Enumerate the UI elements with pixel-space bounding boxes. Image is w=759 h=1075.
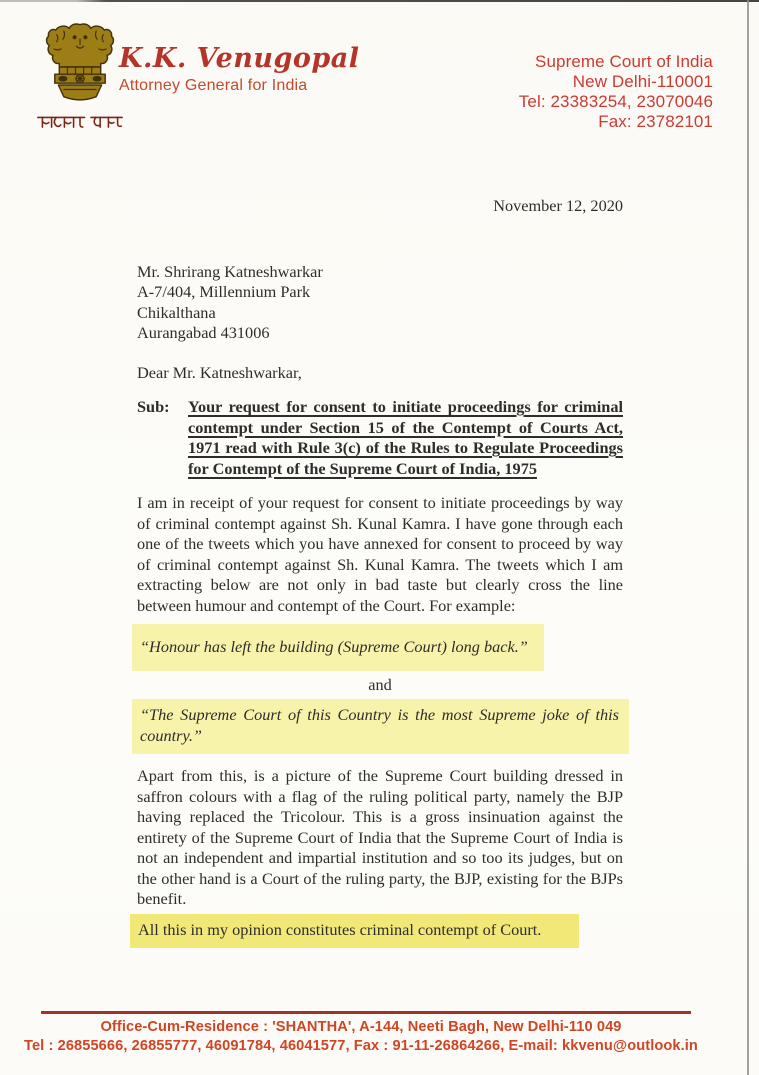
lion-capital-icon: [43, 22, 117, 112]
office-line: Fax: 23782101: [519, 112, 713, 132]
highlighted-conclusion: All this in my opinion constitutes crimi…: [130, 914, 579, 949]
highlighted-tweet-1: “Honour has left the building (Supreme C…: [132, 624, 544, 671]
sender-name: K.K. Venugopal: [119, 44, 360, 74]
subject-label: Sub:: [137, 397, 188, 479]
letter-body: November 12, 2020 Mr. Shrirang Katneshwa…: [137, 196, 623, 948]
emblem-of-india: सत्यमेव जयते: [30, 22, 130, 136]
scan-right-edge: [747, 0, 749, 1075]
paragraph-1: I am in receipt of your request for cons…: [137, 493, 623, 616]
connector-and: and: [137, 675, 623, 696]
sender-identity: K.K. Venugopal Attorney General for Indi…: [119, 44, 360, 96]
recipient-line: A-7/404, Millennium Park: [137, 282, 623, 303]
footer-tel-line: Tel : 26855666, 26855777, 46091784, 4604…: [2, 1037, 720, 1056]
scan-top-edge: [0, 0, 759, 2]
salutation: Dear Mr. Katneshwarkar,: [137, 363, 623, 384]
subject-block: Sub: Your request for consent to initiat…: [137, 397, 623, 479]
footer-contact: Office-Cum-Residence : 'SHANTHA', A-144,…: [2, 1018, 720, 1056]
footer-divider: [41, 1011, 691, 1014]
footer-residence-line: Office-Cum-Residence : 'SHANTHA', A-144,…: [2, 1018, 720, 1037]
satyameva-jayate-glyphs: [36, 114, 124, 131]
office-line: Tel: 23383254, 23070046: [519, 92, 713, 112]
sender-designation: Attorney General for India: [119, 76, 360, 96]
highlighted-tweet-2: “The Supreme Court of this Country is th…: [132, 699, 629, 754]
office-line: Supreme Court of India: [519, 52, 713, 72]
recipient-line: Mr. Shrirang Katneshwarkar: [137, 262, 623, 283]
recipient-line: Chikalthana: [137, 303, 623, 324]
recipient-address: Mr. Shrirang Katneshwarkar A-7/404, Mill…: [137, 262, 623, 344]
letter-page: सत्यमेव जयते K.K. Venugopal: [0, 0, 759, 1075]
paragraph-2: Apart from this, is a picture of the Sup…: [137, 766, 623, 910]
letter-date: November 12, 2020: [137, 196, 623, 217]
subject-text: Your request for consent to initiate pro…: [188, 397, 623, 479]
office-line: New Delhi-110001: [519, 72, 713, 92]
satyameva-jayate-caption: सत्यमेव जयते: [30, 114, 130, 136]
office-address: Supreme Court of India New Delhi-110001 …: [519, 52, 713, 132]
recipient-line: Aurangabad 431006: [137, 323, 623, 344]
